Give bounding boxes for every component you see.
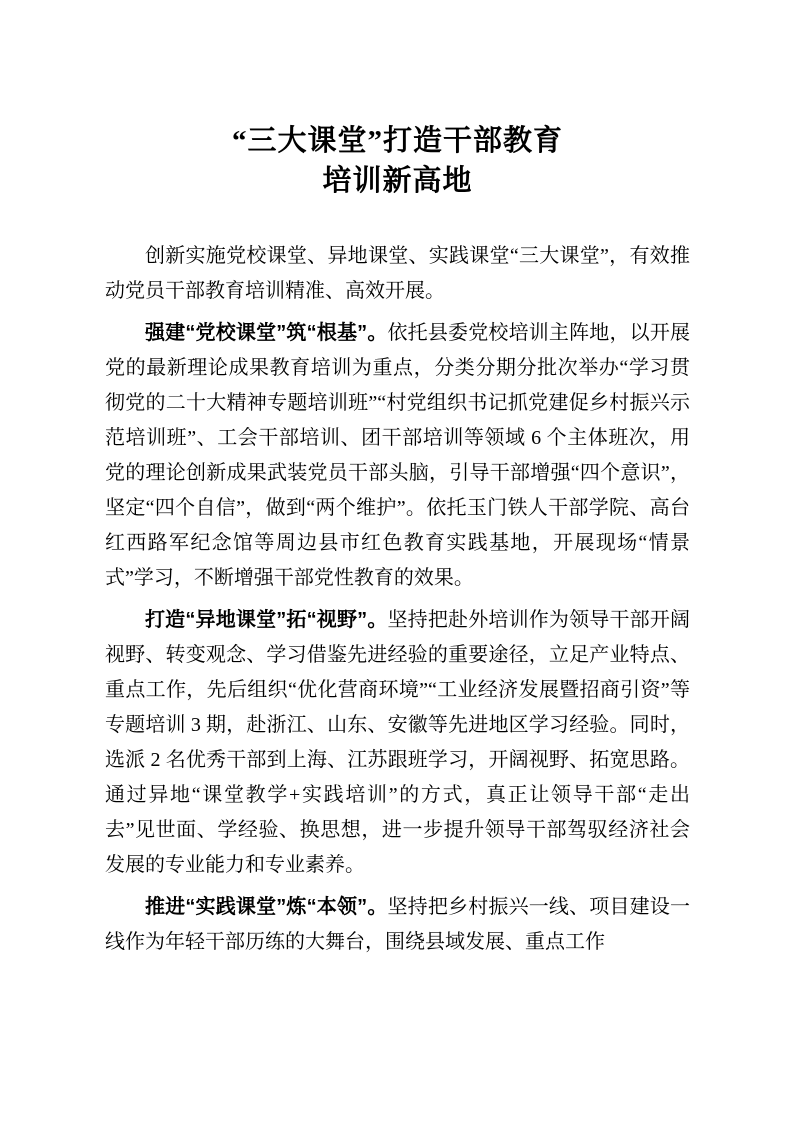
title-line-1: “三大课堂”打造干部教育 — [105, 121, 690, 161]
title-line-2: 培训新高地 — [105, 161, 690, 201]
document-page: “三大课堂”打造干部教育 培训新高地 创新实施党校课堂、异地课堂、实践课堂“三大… — [0, 0, 794, 1122]
paragraph-lead: 推进“实践课堂”炼“本领”。 — [145, 896, 388, 918]
paragraph-intro: 创新实施党校课堂、异地课堂、实践课堂“三大课堂”，有效推动党员干部教育培训精准、… — [105, 239, 690, 309]
paragraph-text: 创新实施党校课堂、异地课堂、实践课堂“三大课堂”，有效推动党员干部教育培训精准、… — [105, 245, 690, 302]
document-body: 创新实施党校课堂、异地课堂、实践课堂“三大课堂”，有效推动党员干部教育培训精准、… — [105, 239, 690, 960]
document-title: “三大课堂”打造干部教育 培训新高地 — [105, 121, 690, 201]
paragraph-text: 坚持把赴外培训作为领导干部开阔视野、转变观念、学习借鉴先进经验的重要途径，立足产… — [105, 609, 690, 876]
paragraph-lead: 强建“党校课堂”筑“根基”。 — [145, 322, 388, 344]
paragraph-practice-classroom: 推进“实践课堂”炼“本领”。坚持把乡村振兴一线、项目建设一线作为年轻干部历练的大… — [105, 890, 690, 960]
paragraph-lead: 打造“异地课堂”拓“视野”。 — [145, 609, 388, 631]
paragraph-party-school-classroom: 强建“党校课堂”筑“根基”。依托县委党校培训主阵地，以开展党的最新理论成果教育培… — [105, 316, 690, 596]
paragraph-text: 依托县委党校培训主阵地，以开展党的最新理论成果教育培训为重点，分类分期分批次举办… — [105, 322, 690, 589]
paragraph-offsite-classroom: 打造“异地课堂”拓“视野”。坚持把赴外培训作为领导干部开阔视野、转变观念、学习借… — [105, 603, 690, 883]
